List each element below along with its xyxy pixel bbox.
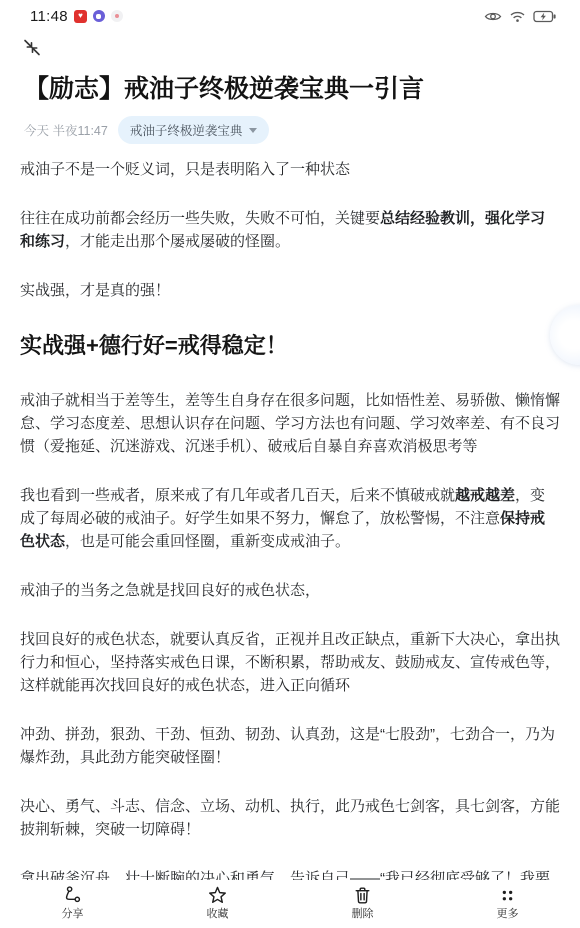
favorite-button[interactable]: 收藏: [145, 880, 290, 928]
delete-label: 删除: [352, 908, 374, 921]
battery-charging-icon: [533, 10, 556, 23]
note-paragraph: 戒油子不是一个贬义词，只是表明陷入了一种状态: [20, 158, 560, 181]
status-bar: 11:48 ♥: [0, 0, 580, 28]
delete-button[interactable]: 删除: [290, 880, 435, 928]
note-paragraph: 戒油子的当务之急就是找回良好的戒色状态，: [20, 579, 560, 602]
eye-protection-icon: [484, 10, 502, 23]
note-content-area[interactable]: 【励志】戒油子终极逆袭宝典一引言 今天 半夜11:47 戒油子终极逆袭宝典 戒油…: [0, 62, 580, 880]
folder-chip[interactable]: 戒油子终极逆袭宝典: [118, 116, 270, 144]
star-icon: [206, 884, 229, 907]
note-date: 今天 半夜11:47: [24, 121, 108, 139]
chevron-down-icon: [249, 128, 257, 133]
trash-icon: [351, 884, 374, 907]
note-meta-row: 今天 半夜11:47 戒油子终极逆袭宝典: [24, 116, 560, 144]
status-time: 11:48: [30, 8, 68, 25]
more-icon: [496, 884, 519, 907]
purple-app-badge-icon: [93, 10, 105, 22]
note-paragraph: 拿出破釜沉舟、壮士断腕的决心和勇气，告诉自己——“我已经彻底受够了！我要冲: [20, 867, 560, 880]
note-paragraph: 找回良好的戒色状态，就要认真反省，正视并且改正缺点，重新下大决心，拿出执行力和恒…: [20, 628, 560, 697]
status-bar-right: [484, 10, 556, 23]
bottom-action-bar: 分享 收藏 删除: [0, 880, 580, 928]
note-paragraph: 戒油子就相当于差等生，差等生自身存在很多问题，比如悟性差、易骄傲、懒惰懈怠、学习…: [20, 389, 560, 458]
note-paragraph: 决心、勇气、斗志、信念、立场、动机、执行，此乃戒色七剑客，具七剑客，方能披荆斩棘…: [20, 795, 560, 841]
red-app-badge-icon: ♥: [74, 10, 87, 23]
note-app-screen: 11:48 ♥: [0, 0, 580, 928]
share-icon: [61, 884, 84, 907]
favorite-label: 收藏: [207, 908, 229, 921]
note-subheading: 实战强+德行好=戒得稳定！: [20, 331, 560, 360]
note-paragraph: 我也看到一些戒者，原来戒了有几年或者几百天，后来不慎破戒就越戒越差，变成了每周必…: [20, 484, 560, 553]
share-label: 分享: [62, 908, 84, 921]
more-button[interactable]: 更多: [435, 880, 580, 928]
note-paragraph: 往往在成功前都会经历一些失败，失败不可怕，关键要总结经验教训，强化学习和练习，才…: [20, 207, 560, 253]
note-title: 【励志】戒油子终极逆袭宝典一引言: [24, 74, 560, 105]
note-paragraph: 冲劲、拼劲，狠劲、干劲、恒劲、韧劲、认真劲，这是“七股劲”，七劲合一，乃为爆炸劲…: [20, 723, 560, 769]
note-body[interactable]: 戒油子不是一个贬义词，只是表明陷入了一种状态往往在成功前都会经历一些失败，失败不…: [20, 158, 560, 880]
pink-dot-badge-icon: [111, 10, 123, 22]
share-button[interactable]: 分享: [0, 880, 145, 928]
collapse-arrows-icon: [20, 48, 44, 63]
wifi-icon: [509, 10, 526, 23]
note-paragraph: 实战强，才是真的强！: [20, 279, 560, 302]
collapse-note-button[interactable]: [18, 34, 46, 62]
folder-name: 戒油子终极逆袭宝典: [130, 121, 243, 139]
status-bar-left: 11:48 ♥: [30, 8, 123, 25]
more-label: 更多: [497, 908, 519, 921]
